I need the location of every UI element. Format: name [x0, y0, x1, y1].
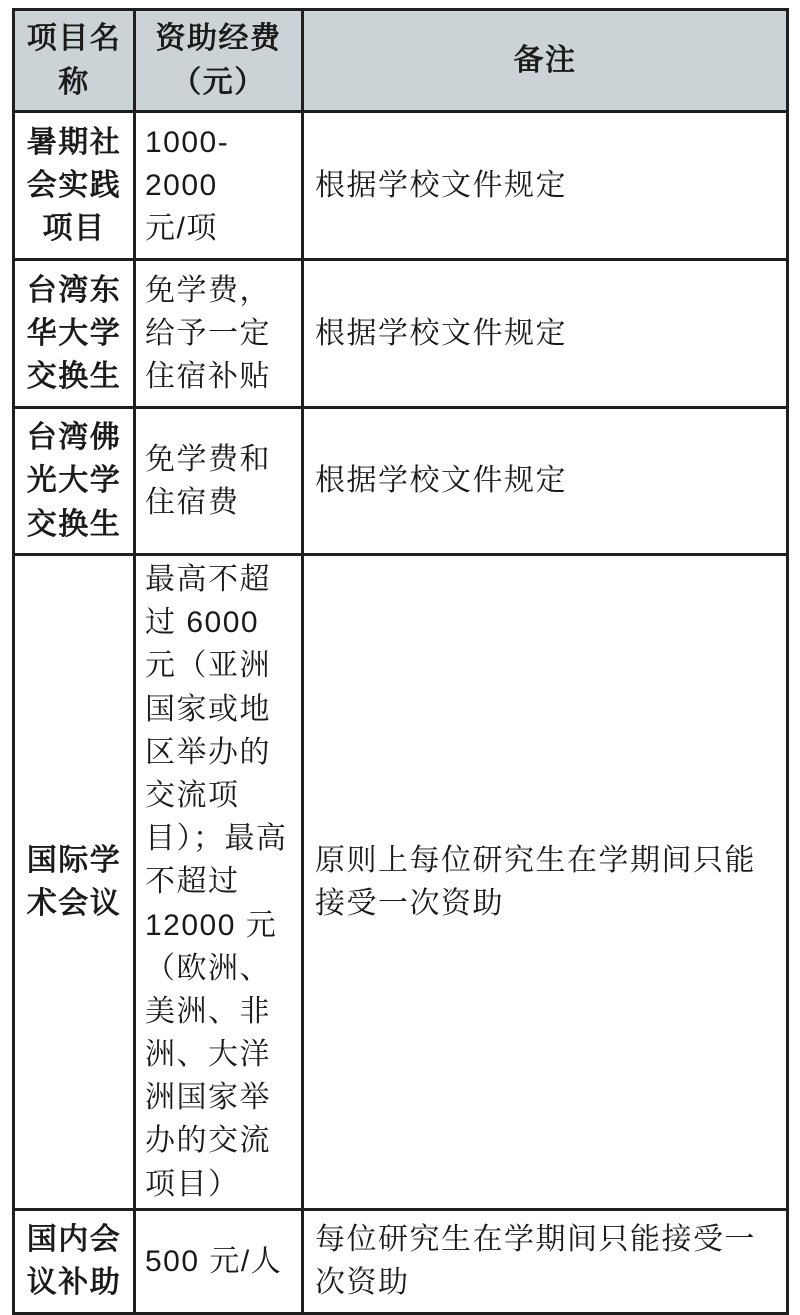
funding-cell: 最高不超过 6000 元（亚洲国家或地区举办的交流项目）；最高不超过 12000… [135, 555, 303, 1210]
document-page: 项目名称 资助经费 （元） 备注 暑期社会实践项目 1000-2000 元/项 … [0, 0, 800, 1279]
remark-cell: 根据学校文件规定 [303, 112, 788, 260]
table-row: 国内会议补助 500 元/人 每位研究生在学期间只能接受一次资助 [14, 1209, 788, 1313]
header-funding-amount: 资助经费 （元） [135, 10, 303, 112]
project-name-cell: 台湾佛光大学交换生 [14, 408, 135, 555]
header-project-name: 项目名称 [14, 10, 135, 112]
project-name-cell: 国内会议补助 [14, 1209, 135, 1313]
funding-table: 项目名称 资助经费 （元） 备注 暑期社会实践项目 1000-2000 元/项 … [12, 8, 789, 1315]
table-header-row: 项目名称 资助经费 （元） 备注 [14, 10, 788, 112]
table-row: 国际学术会议 最高不超过 6000 元（亚洲国家或地区举办的交流项目）；最高不超… [14, 555, 788, 1210]
table-row: 暑期社会实践项目 1000-2000 元/项 根据学校文件规定 [14, 112, 788, 260]
funding-cell: 1000-2000 元/项 [135, 112, 303, 260]
remark-cell: 根据学校文件规定 [303, 260, 788, 408]
funding-cell: 免学费，给予一定住宿补贴 [135, 260, 303, 408]
remark-cell: 原则上每位研究生在学期间只能接受一次资助 [303, 555, 788, 1210]
project-name-cell: 台湾东华大学交换生 [14, 260, 135, 408]
project-name-cell: 暑期社会实践项目 [14, 112, 135, 260]
header-remark: 备注 [303, 10, 788, 112]
project-name-cell: 国际学术会议 [14, 555, 135, 1210]
remark-cell: 每位研究生在学期间只能接受一次资助 [303, 1209, 788, 1313]
funding-cell: 500 元/人 [135, 1209, 303, 1313]
funding-cell: 免学费和住宿费 [135, 408, 303, 555]
remark-cell: 根据学校文件规定 [303, 408, 788, 555]
table-row: 台湾佛光大学交换生 免学费和住宿费 根据学校文件规定 [14, 408, 788, 555]
table-row: 台湾东华大学交换生 免学费，给予一定住宿补贴 根据学校文件规定 [14, 260, 788, 408]
